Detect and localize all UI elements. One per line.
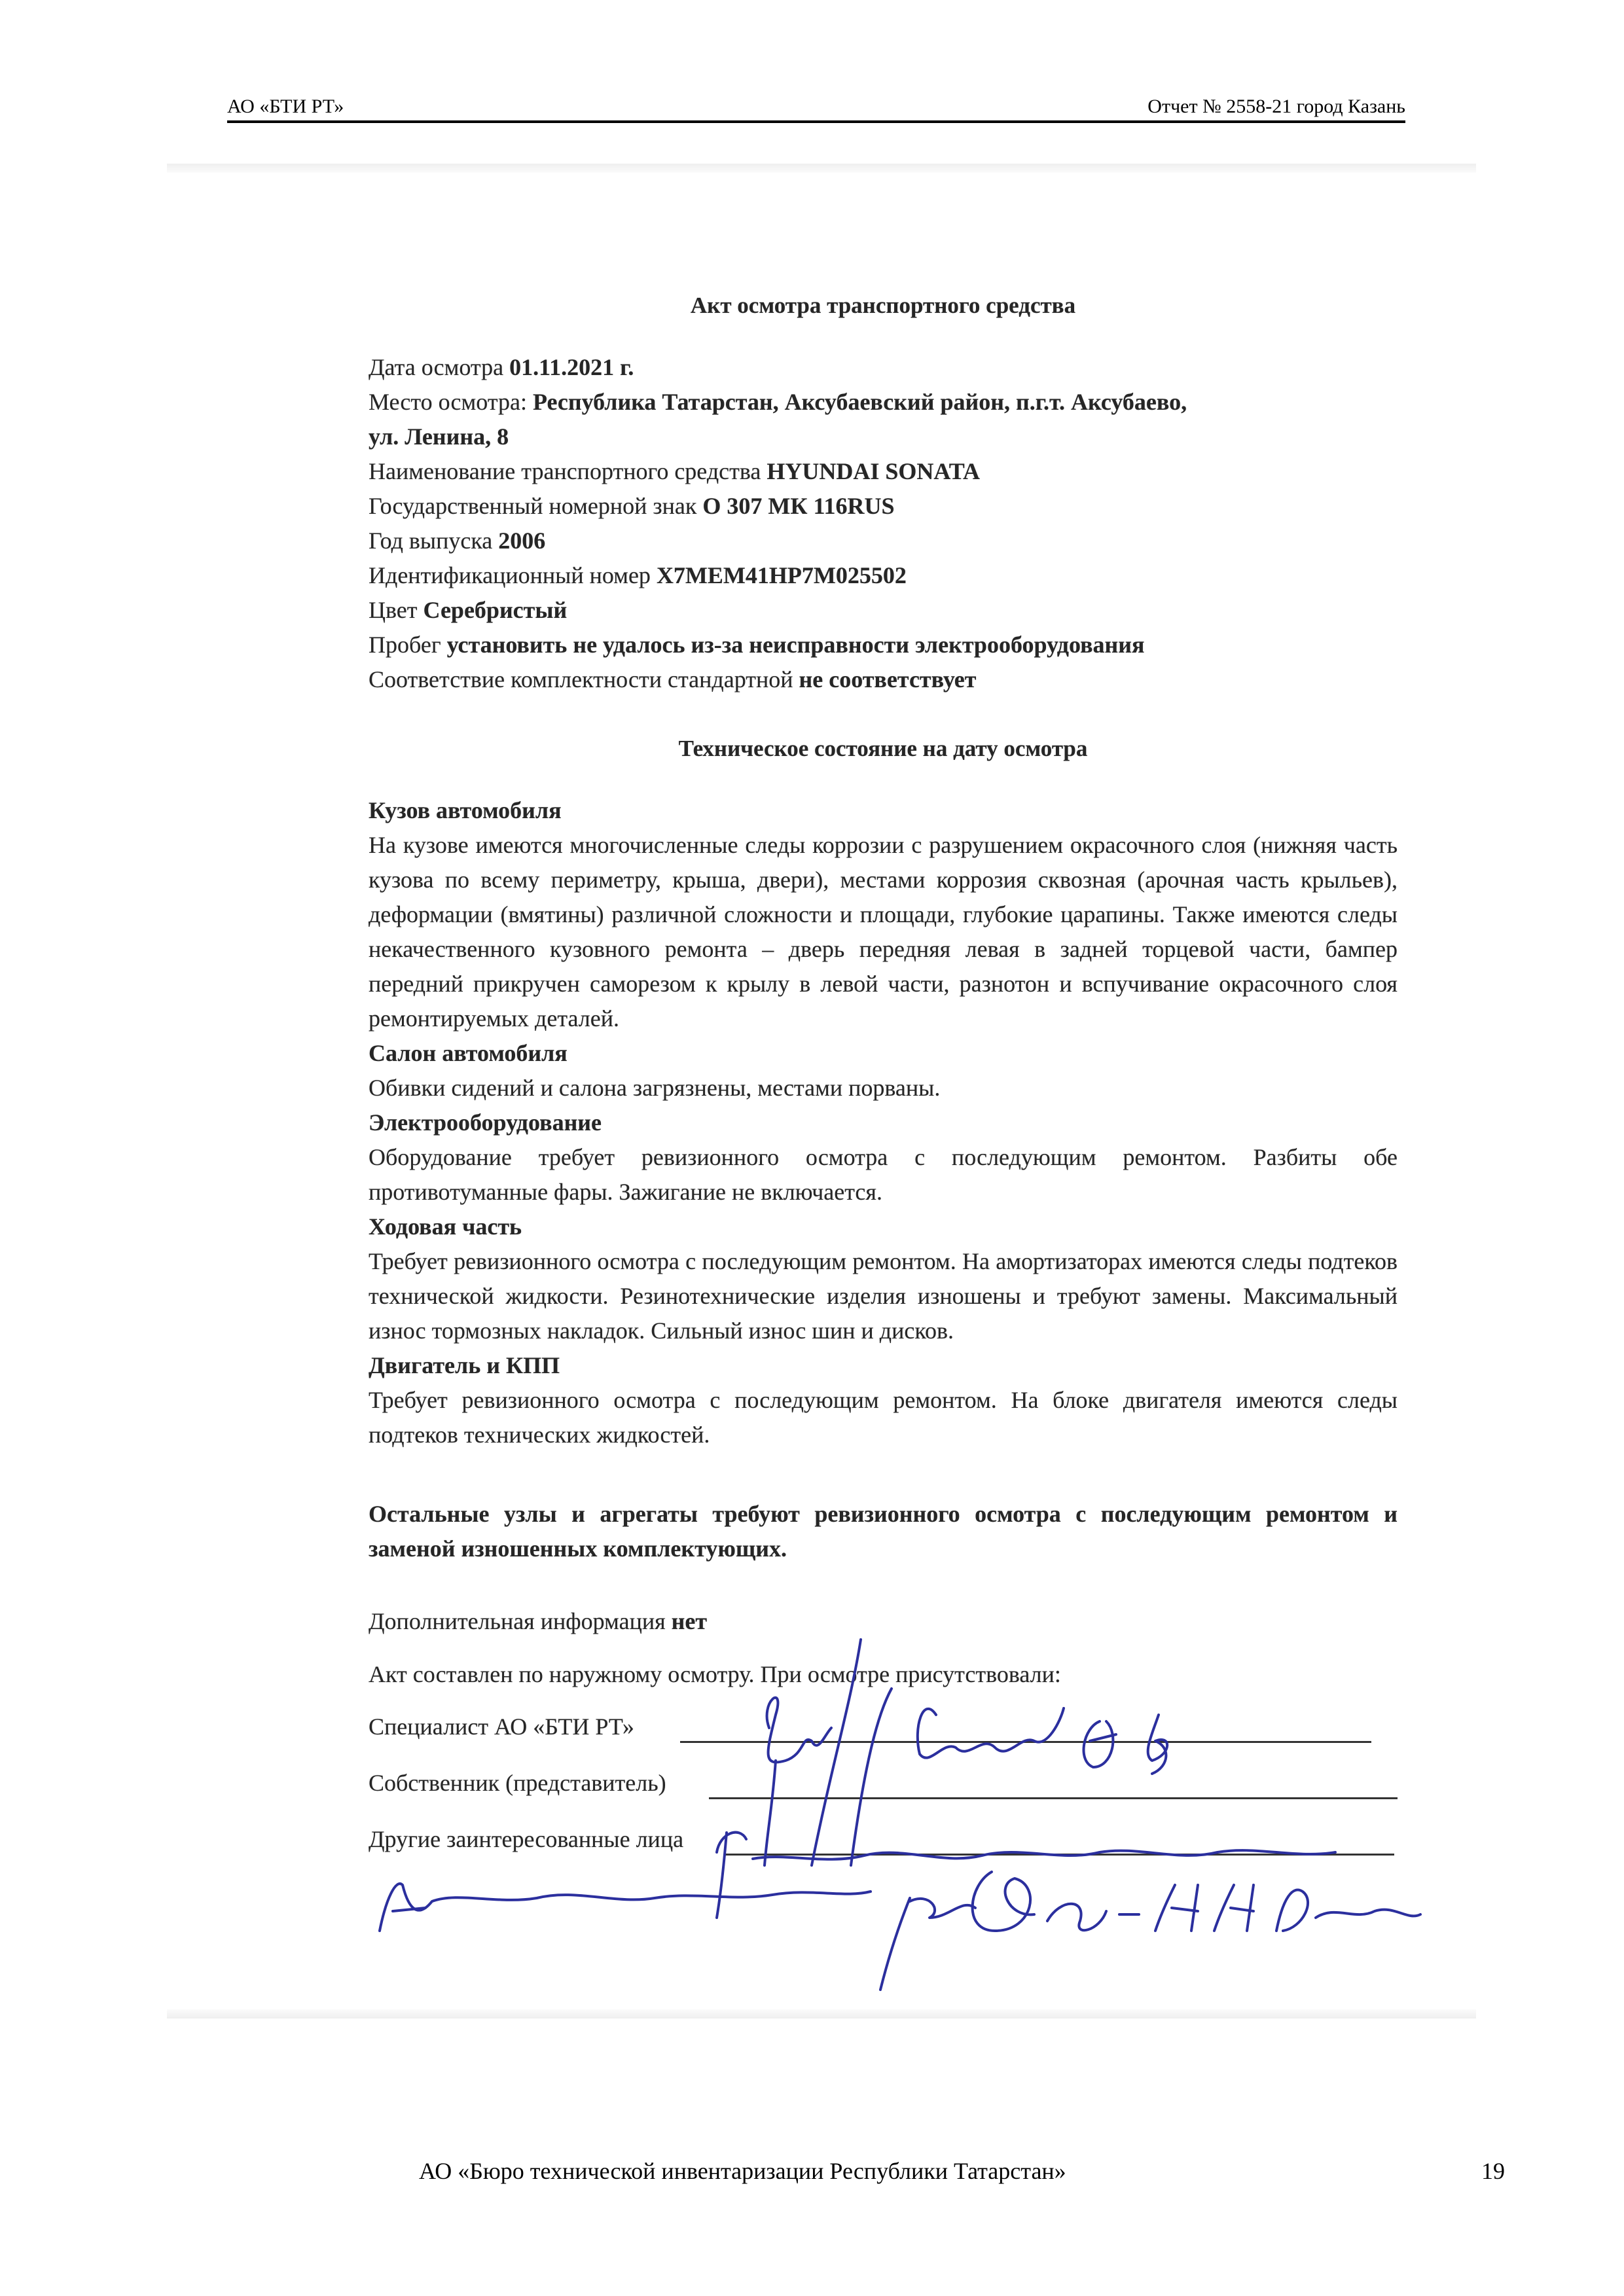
act-fields: Дата осмотра 01.11.2021 г. Место осмотра…	[369, 350, 1398, 697]
field-vehicle-name: Наименование транспортного средства HYUN…	[369, 454, 1398, 489]
section-text: Оборудование требует ревизионного осмотр…	[369, 1140, 1398, 1210]
section-body: Кузов автомобиля На кузове имеются много…	[369, 793, 1398, 1036]
additional-info: Дополнительная информация нет	[369, 1604, 1398, 1639]
field-plate: Государственный номерной знак О 307 МК 1…	[369, 489, 1398, 524]
section-heading: Ходовая часть	[369, 1210, 1398, 1244]
signature-owner: Собственник (представитель)	[369, 1765, 1398, 1804]
section-text: На кузове имеются многочисленные следы к…	[369, 828, 1398, 1036]
field-place: Место осмотра: Республика Татарстан, Акс…	[369, 385, 1398, 420]
section-text: Требует ревизионного осмотра с последующ…	[369, 1383, 1398, 1452]
field-place-cont: ул. Ленина, 8	[369, 420, 1398, 454]
section-chassis: Ходовая часть Требует ревизионного осмот…	[369, 1210, 1398, 1348]
field-date: Дата осмотра 01.11.2021 г.	[369, 350, 1398, 385]
signature-line	[725, 1854, 1394, 1856]
signature-label: Другие заинтересованные лица	[369, 1822, 683, 1857]
signature-line	[680, 1741, 1371, 1743]
field-color: Цвет Серебристый	[369, 593, 1398, 628]
technical-title: Техническое состояние на дату осмотра	[369, 731, 1398, 766]
act-title: Акт осмотра транспортного средства	[369, 288, 1398, 323]
act-note: Акт составлен по наружному осмотру. При …	[369, 1657, 1398, 1692]
section-text: Обивки сидений и салона загрязнены, мест…	[369, 1071, 1398, 1105]
section-heading: Салон автомобиля	[369, 1036, 1398, 1071]
field-year: Год выпуска 2006	[369, 524, 1398, 558]
section-heading: Кузов автомобиля	[369, 793, 1398, 828]
signature-specialist: Специалист АО «БТИ РТ»	[369, 1709, 1398, 1748]
page-header: АО «БТИ РТ» Отчет № 2558-21 город Казань	[227, 92, 1405, 123]
signature-other-parties: Другие заинтересованные лица	[369, 1821, 1398, 1861]
field-vin: Идентификационный номер X7MEM41HP7M02550…	[369, 558, 1398, 593]
summary-text: Остальные узлы и агрегаты требуют ревизи…	[369, 1497, 1398, 1566]
section-interior: Салон автомобиля Обивки сидений и салона…	[369, 1036, 1398, 1105]
section-heading: Электрооборудование	[369, 1105, 1398, 1140]
section-electrical: Электрооборудование Оборудование требует…	[369, 1105, 1398, 1210]
section-text: Требует ревизионного осмотра с последующ…	[369, 1244, 1398, 1348]
scan-edge-bottom	[167, 2009, 1476, 2018]
footer-org: АО «Бюро технической инвентаризации Респ…	[419, 2157, 1066, 2185]
section-engine: Двигатель и КПП Требует ревизионного осм…	[369, 1348, 1398, 1452]
signature-label: Специалист АО «БТИ РТ»	[369, 1710, 634, 1744]
header-org: АО «БТИ РТ»	[227, 96, 344, 118]
header-report-number: Отчет № 2558-21 город Казань	[1147, 96, 1405, 118]
signature-label: Собственник (представитель)	[369, 1766, 666, 1801]
signature-line	[709, 1797, 1398, 1799]
section-heading: Двигатель и КПП	[369, 1348, 1398, 1383]
inspection-act: Акт осмотра транспортного средства Дата …	[369, 288, 1398, 1861]
scan-edge-top	[167, 164, 1476, 173]
field-completeness: Соответствие комплектности стандартной н…	[369, 662, 1398, 697]
field-mileage: Пробег установить не удалось из-за неисп…	[369, 628, 1398, 662]
page-number: 19	[1481, 2157, 1505, 2185]
